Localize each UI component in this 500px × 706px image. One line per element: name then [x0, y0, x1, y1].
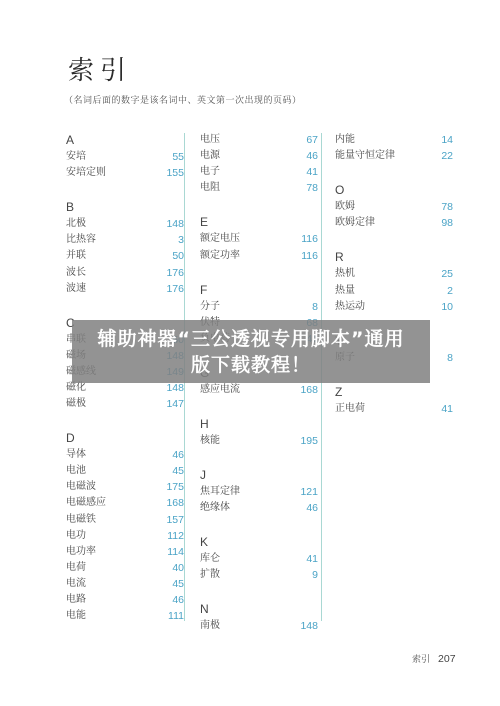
index-group-z: Z 正电荷41 [335, 384, 453, 417]
entry-page: 14 [441, 132, 453, 148]
footer-section-label: 索引 [412, 652, 430, 665]
group-letter: K [200, 534, 318, 551]
overlay-banner: 辅助神器“三公透视专用脚本”通用 版下载教程！ [72, 320, 430, 383]
group-letter: O [335, 182, 453, 199]
index-entry: 磁极147 [66, 396, 184, 412]
index-entry: 波速176 [66, 281, 184, 297]
index-entry: 南极148 [200, 618, 318, 634]
index-entry: 安培定则155 [66, 165, 184, 181]
entry-page: 10 [441, 299, 453, 315]
entry-page: 176 [166, 281, 184, 297]
entry-page: 148 [300, 618, 318, 634]
index-group-h: H 核能195 [200, 416, 318, 449]
entry-term: 电源 [200, 148, 220, 164]
group-letter: N [200, 601, 318, 618]
index-entry: 库仑41 [200, 551, 318, 567]
entry-term: 库仑 [200, 551, 220, 567]
index-entry: 热量2 [335, 282, 453, 298]
entry-page: 78 [441, 199, 453, 215]
entry-page: 41 [306, 164, 318, 180]
entry-page: 155 [166, 165, 184, 181]
index-entry: 核能195 [200, 433, 318, 449]
index-entry: 北极148 [66, 216, 184, 232]
entry-page: 41 [441, 401, 453, 417]
entry-term: 内能 [335, 132, 355, 148]
entry-term: 热量 [335, 283, 355, 299]
entry-page: 116 [301, 231, 318, 247]
entry-page: 176 [166, 265, 184, 281]
entry-page: 112 [167, 528, 184, 544]
entry-page: 2 [447, 283, 453, 299]
entry-page: 40 [172, 560, 184, 576]
index-entry: 热机25 [335, 266, 453, 282]
entry-page: 98 [441, 215, 453, 231]
entry-term: 波长 [66, 265, 86, 281]
group-letter: A [66, 132, 184, 149]
entry-page: 168 [166, 495, 184, 511]
entry-term: 磁极 [66, 396, 86, 412]
index-entry: 热运动10 [335, 299, 453, 315]
entry-term: 热运动 [335, 299, 365, 315]
entry-page: 78 [306, 180, 318, 196]
group-letter: R [335, 249, 453, 266]
entry-page: 46 [172, 592, 184, 608]
index-entry: 欧姆78 [335, 199, 453, 215]
entry-term: 电功率 [66, 544, 96, 560]
entry-page: 121 [300, 484, 318, 500]
entry-page: 148 [166, 216, 184, 232]
index-entry: 电磁波175 [66, 479, 184, 495]
group-letter: D [66, 430, 184, 447]
group-letter: Z [335, 384, 453, 401]
index-entry: 感应电流168 [200, 382, 318, 398]
entry-page: 25 [441, 266, 453, 282]
index-entry: 分子8 [200, 299, 318, 315]
index-entry: 导体46 [66, 447, 184, 463]
group-letter: J [200, 467, 318, 484]
entry-term: 电磁波 [66, 479, 96, 495]
entry-term: 电阻 [200, 180, 220, 196]
entry-page: 157 [166, 512, 184, 528]
group-letter: E [200, 214, 318, 231]
index-group-n: N 南极148 [200, 601, 318, 634]
page-title: 索引 [68, 50, 132, 87]
entry-term: 南极 [200, 618, 220, 634]
entry-term: 分子 [200, 299, 220, 315]
index-entry: 欧姆定律98 [335, 215, 453, 231]
entry-term: 北极 [66, 216, 86, 232]
index-group-d: D 导体46 电池45 电磁波175 电磁感应168 电磁铁157 电功112 … [66, 430, 184, 624]
page-subtitle: （名词后面的数字是该名词中、英文第一次出现的页码） [64, 93, 302, 106]
entry-page: 41 [306, 551, 318, 567]
page-footer: 索引 207 [412, 652, 456, 665]
entry-page: 111 [168, 608, 184, 624]
entry-term: 额定功率 [200, 248, 240, 264]
entry-term: 并联 [66, 248, 86, 264]
entry-page: 46 [172, 447, 184, 463]
banner-line-1: 辅助神器“三公透视专用脚本”通用 [98, 326, 405, 352]
entry-page: 114 [167, 544, 184, 560]
entry-page: 168 [300, 382, 318, 398]
index-entry: 电磁感应168 [66, 495, 184, 511]
index-entry: 电阻78 [200, 180, 318, 196]
banner-line-2: 版下载教程！ [191, 352, 311, 378]
index-group-a: A 安培55 安培定则155 [66, 132, 184, 181]
index-entry: 能量守恒定律22 [335, 148, 453, 164]
entry-term: 比热容 [66, 232, 96, 248]
entry-term: 感应电流 [200, 382, 240, 398]
entry-term: 电子 [200, 164, 220, 180]
index-entry: 电荷40 [66, 560, 184, 576]
entry-term: 电能 [66, 608, 86, 624]
entry-term: 电压 [200, 132, 220, 148]
index-entry: 波长176 [66, 264, 184, 280]
index-entry: 电能111 [66, 608, 184, 624]
group-letter: F [200, 282, 318, 299]
entry-page: 45 [172, 576, 184, 592]
index-entry: 电功112 [66, 528, 184, 544]
index-entry: 电路46 [66, 592, 184, 608]
entry-page: 67 [306, 132, 318, 148]
index-column-2: 电压67 电源46 电子41 电阻78 E 额定电压116 额定功率116 F … [200, 132, 318, 653]
entry-term: 扩散 [200, 567, 220, 583]
group-letter: H [200, 416, 318, 433]
entry-term: 电功 [66, 528, 86, 544]
entry-term: 能量守恒定律 [335, 148, 395, 164]
entry-term: 核能 [200, 433, 220, 449]
entry-term: 电磁铁 [66, 512, 96, 528]
entry-term: 电流 [66, 576, 86, 592]
entry-page: 8 [312, 299, 318, 315]
index-entry: 额定电压116 [200, 231, 318, 247]
entry-term: 导体 [66, 447, 86, 463]
index-entry: 电源46 [200, 148, 318, 164]
index-entry: 扩散9 [200, 567, 318, 583]
index-entry: 电流45 [66, 576, 184, 592]
entry-term: 欧姆 [335, 199, 355, 215]
index-entry: 绝缘体46 [200, 500, 318, 516]
entry-term: 安培 [66, 149, 86, 165]
entry-term: 正电荷 [335, 401, 365, 417]
entry-term: 电磁感应 [66, 495, 106, 511]
index-entry: 额定功率116 [200, 247, 318, 263]
entry-term: 额定电压 [200, 231, 240, 247]
index-entry: 电压67 [200, 132, 318, 148]
index-entry: 焦耳定律121 [200, 484, 318, 500]
index-entry: 并联50 [66, 248, 184, 264]
entry-term: 热机 [335, 266, 355, 282]
entry-term: 欧姆定律 [335, 215, 375, 231]
index-column-1: A 安培55 安培定则155 B 北极148 比热容3 并联50 波长176 波… [66, 132, 184, 642]
index-entry: 比热容3 [66, 232, 184, 248]
entry-term: 焦耳定律 [200, 484, 240, 500]
entry-page: 175 [166, 479, 184, 495]
index-entry: 安培55 [66, 149, 184, 165]
entry-page: 195 [300, 433, 318, 449]
index-entry: 电子41 [200, 164, 318, 180]
index-group-r: R 热机25 热量2 热运动10 [335, 249, 453, 314]
entry-page: 9 [312, 567, 318, 583]
entry-page: 45 [172, 463, 184, 479]
entry-page: 46 [306, 500, 318, 516]
footer-page-number: 207 [438, 653, 456, 665]
entry-page: 50 [172, 248, 184, 264]
index-column-3: 内能14 能量守恒定律22 O 欧姆78 欧姆定律98 R 热机25 热量2 热… [335, 132, 453, 435]
index-group-n-continued: 内能14 能量守恒定律22 [335, 132, 453, 164]
entry-page: 147 [166, 396, 184, 412]
index-entry: 正电荷41 [335, 401, 453, 417]
entry-term: 绝缘体 [200, 500, 230, 516]
entry-page: 3 [178, 232, 184, 248]
index-group-b: B 北极148 比热容3 并联50 波长176 波速176 [66, 199, 184, 296]
entry-term: 安培定则 [66, 165, 106, 181]
entry-page: 8 [447, 350, 453, 366]
group-letter: B [66, 199, 184, 216]
entry-term: 波速 [66, 281, 86, 297]
index-entry: 电功率114 [66, 544, 184, 560]
index-group-e: E 额定电压116 额定功率116 [200, 214, 318, 263]
index-group-d-continued: 电压67 电源46 电子41 电阻78 [200, 132, 318, 196]
index-group-k: K 库仑41 扩散9 [200, 534, 318, 583]
entry-page: 116 [301, 248, 318, 264]
index-entry: 电池45 [66, 463, 184, 479]
entry-term: 电路 [66, 592, 86, 608]
index-entry: 电磁铁157 [66, 512, 184, 528]
index-group-o: O 欧姆78 欧姆定律98 [335, 182, 453, 231]
entry-term: 电池 [66, 463, 86, 479]
index-entry: 内能14 [335, 132, 453, 148]
entry-page: 46 [306, 148, 318, 164]
entry-page: 22 [441, 148, 453, 164]
entry-term: 电荷 [66, 560, 86, 576]
index-group-j: J 焦耳定律121 绝缘体46 [200, 467, 318, 516]
entry-page: 55 [172, 149, 184, 165]
